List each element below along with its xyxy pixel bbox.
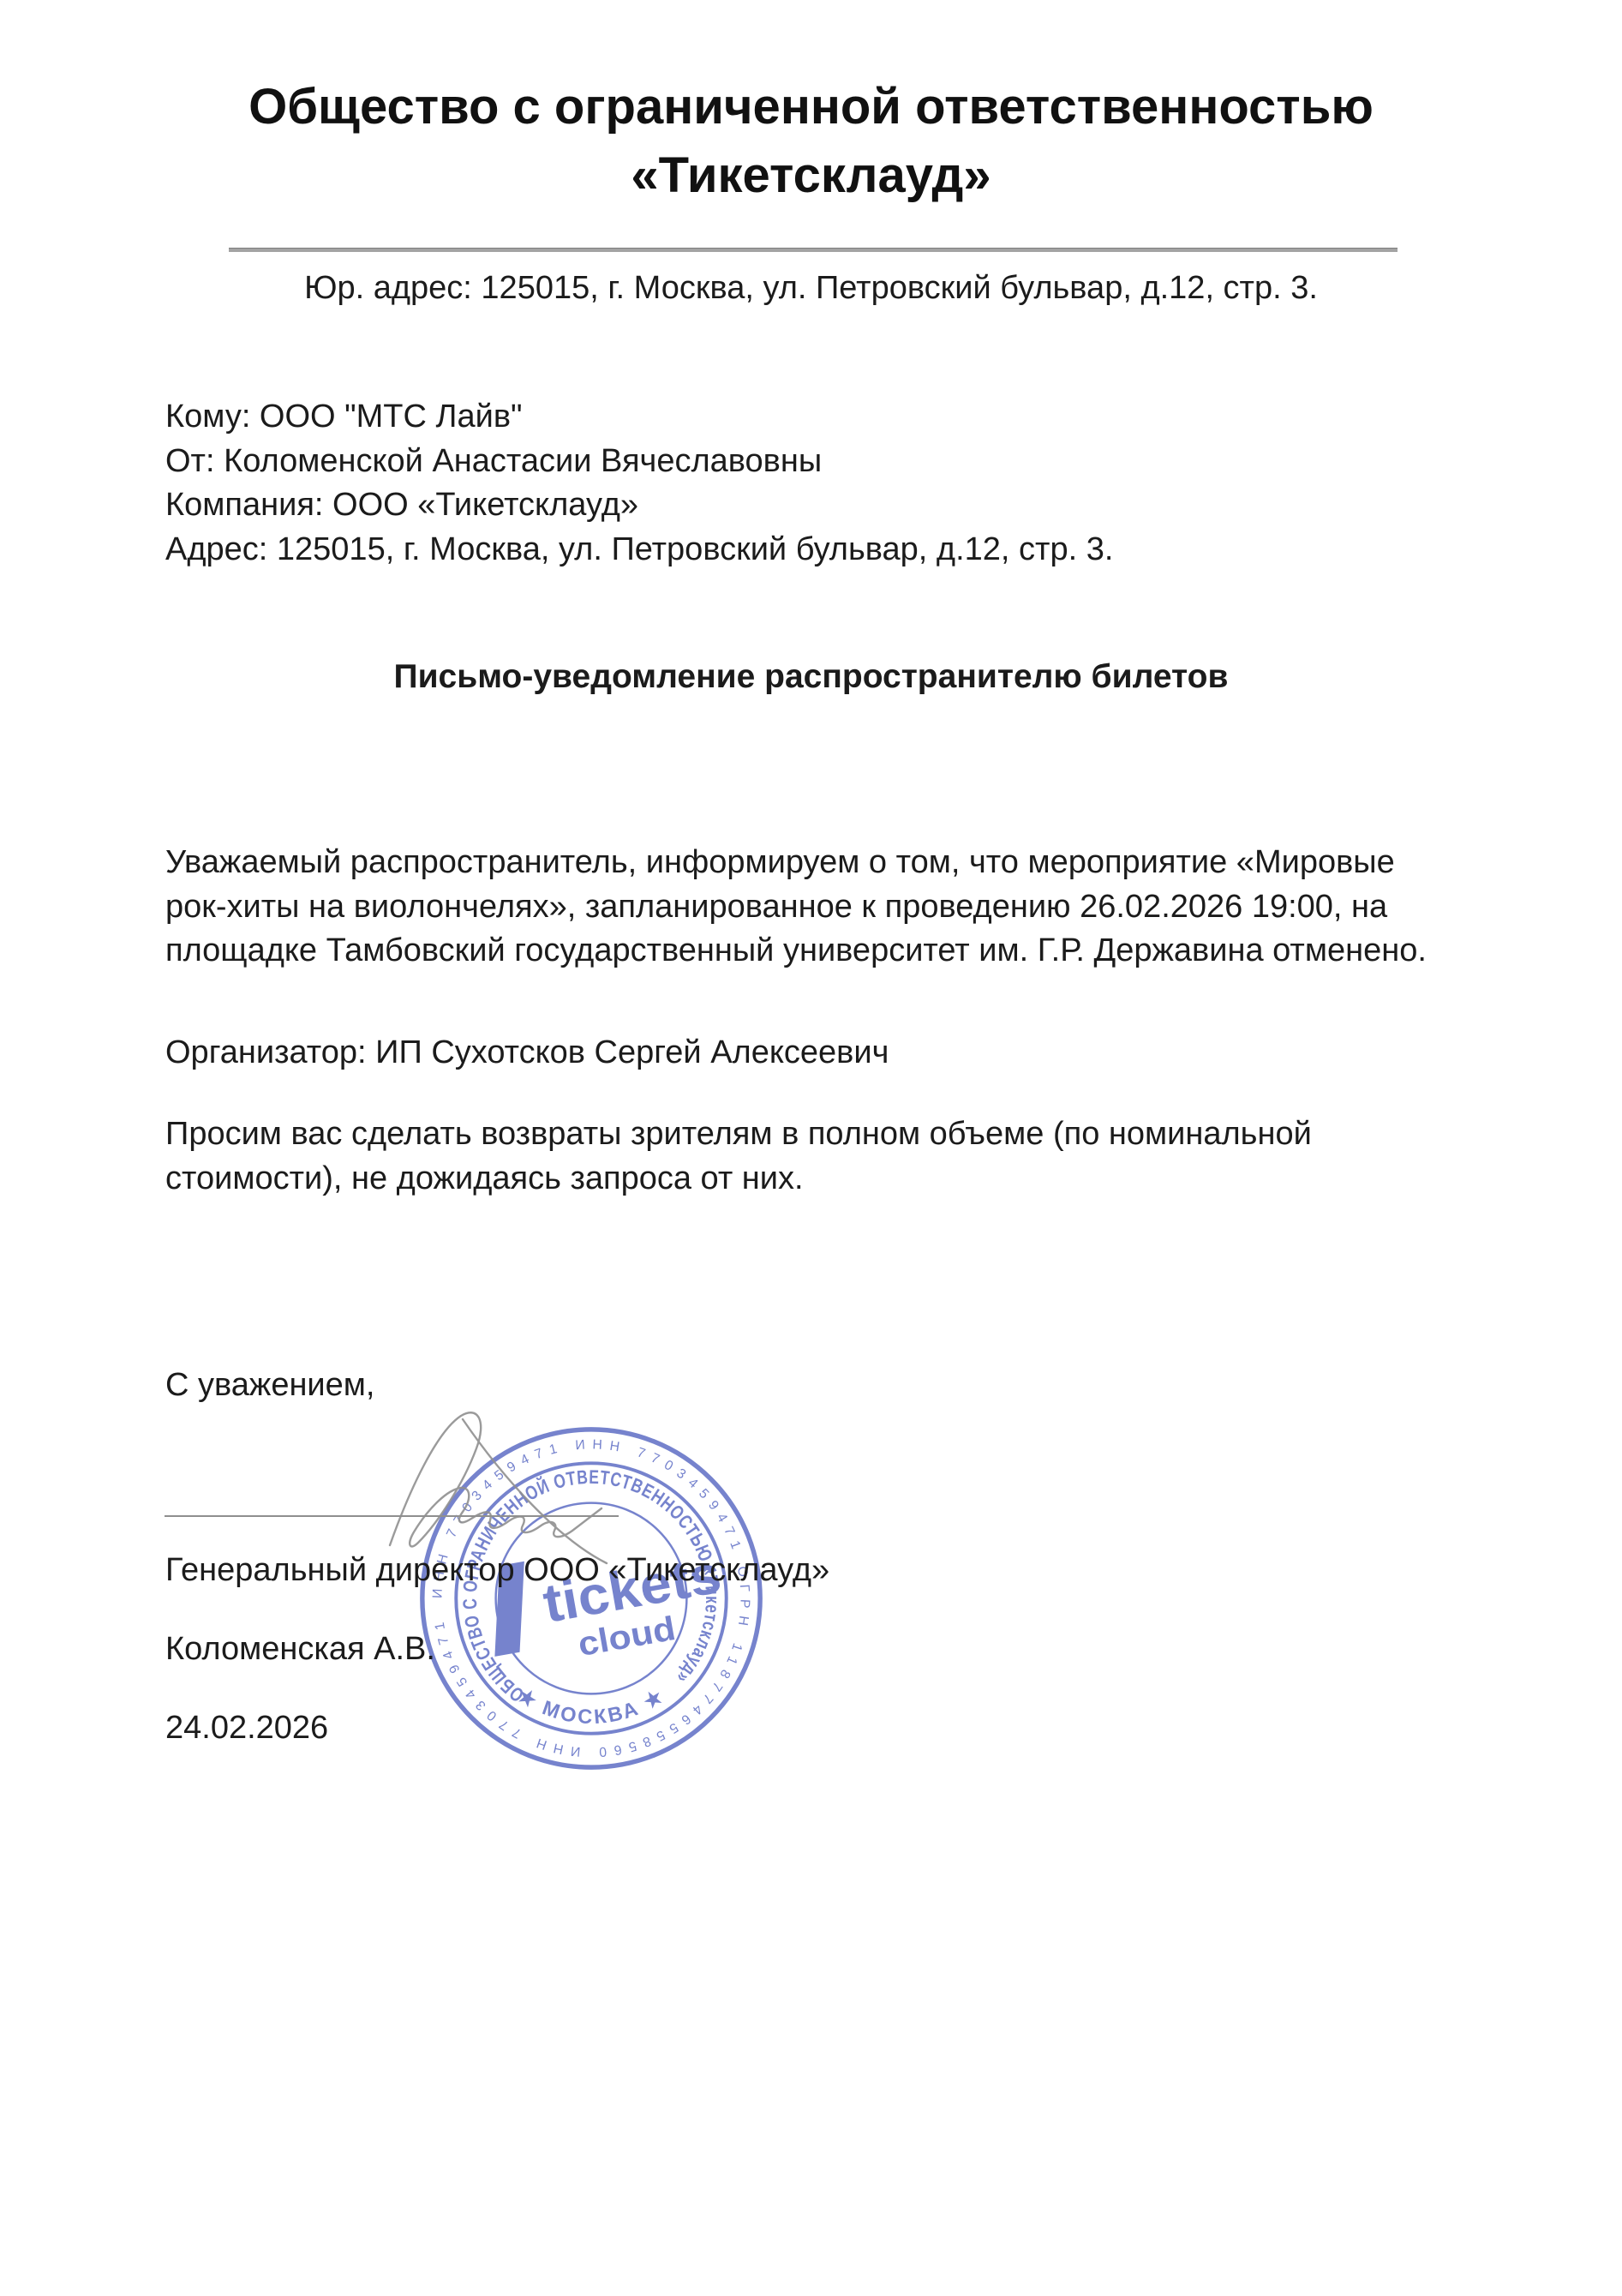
- legal-address: Юр. адрес: 125015, г. Москва, ул. Петров…: [0, 270, 1622, 307]
- company-title-line1: Общество с ограниченной ответственностью: [248, 79, 1374, 135]
- handwritten-signature: [308, 1387, 720, 1575]
- signature-tail-stroke: [463, 1419, 607, 1563]
- body-paragraph-cancellation: Уважаемый распространитель, информируем …: [165, 841, 1463, 974]
- signature-stroke: [390, 1412, 602, 1546]
- body-paragraph-refunds: Просим вас сделать возвраты зрителям в п…: [165, 1112, 1463, 1201]
- signer-position: Генеральный директор ООО «Тикетсклауд»: [165, 1552, 829, 1589]
- recipient-to: Кому: ООО "МТС Лайв": [165, 395, 1113, 440]
- recipient-address: Адрес: 125015, г. Москва, ул. Петровский…: [165, 528, 1113, 573]
- signature-line: [165, 1515, 619, 1517]
- company-title-line2: «Тикетсклауд»: [631, 147, 991, 203]
- closing-salutation: С уважением,: [165, 1367, 374, 1404]
- letter-date: 24.02.2026: [165, 1710, 328, 1747]
- page-title: Общество с ограниченной ответственностью…: [0, 73, 1622, 210]
- recipient-block: Кому: ООО "МТС Лайв" От: Коломенской Ана…: [165, 395, 1113, 573]
- body-organizer-line: Организатор: ИП Сухотсков Сергей Алексее…: [165, 1031, 1463, 1076]
- letter-document: Общество с ограниченной ответственностью…: [0, 0, 1622, 2296]
- recipient-from: От: Коломенской Анастасии Вячеславовны: [165, 440, 1113, 484]
- letter-subject: Письмо-уведомление распространителю биле…: [0, 658, 1622, 696]
- recipient-company: Компания: ООО «Тикетсклауд»: [165, 483, 1113, 528]
- signer-name: Коломенская А.В.: [165, 1631, 435, 1668]
- header-divider: [229, 248, 1398, 252]
